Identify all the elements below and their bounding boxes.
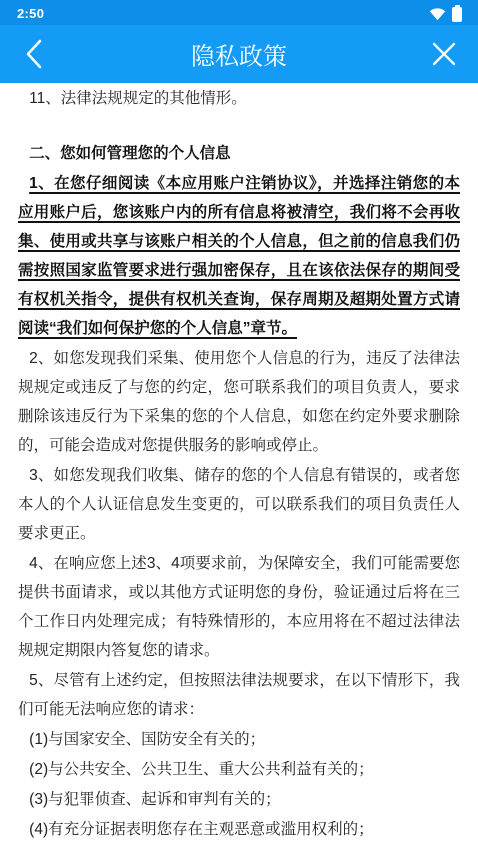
close-icon	[431, 41, 457, 67]
policy-list-item: (4)有充分证据表明您存在主观恶意或滥用权利的；	[18, 815, 460, 844]
battery-icon	[452, 7, 462, 22]
policy-paragraph-strong: 1、在您仔细阅读《本应用账户注销协议》，并选择注销您的本应用账户后，您该账户内的…	[18, 169, 460, 343]
policy-paragraph: 4、在响应您上述3、4项要求前，为保障安全，我们可能需要您提供书面请求，或以其他…	[18, 549, 460, 665]
policy-list-item: (3)与犯罪侦查、起诉和审判有关的；	[18, 785, 460, 814]
policy-paragraph: 2、如您发现我们采集、使用您个人信息的行为，违反了法律法规规定或违反了与您的约定…	[18, 344, 460, 460]
status-icons	[429, 4, 462, 22]
page-title: 隐私政策	[191, 37, 287, 72]
wifi-icon	[429, 7, 446, 21]
status-bar: 2:50	[0, 0, 478, 25]
policy-scroll-area[interactable]: 11、法律法规规定的其他情形。 二、您如何管理您的个人信息 1、在您仔细阅读《本…	[0, 83, 478, 851]
back-chevron-icon	[24, 38, 44, 70]
back-button[interactable]	[16, 34, 52, 74]
policy-paragraph: 3、如您发现我们收集、储存的您的个人信息有错误的，或者您本人的个人认证信息发生变…	[18, 461, 460, 548]
privacy-policy-screen: 2:50 隐私政策	[0, 0, 478, 851]
policy-paragraph: 5、尽管有上述约定，但按照法律法规要求，在以下情形下，我们可能无法响应您的请求：	[18, 666, 460, 724]
policy-list-item: (2)与公共安全、公共卫生、重大公共利益有关的；	[18, 755, 460, 784]
close-button[interactable]	[426, 34, 462, 74]
title-bar: 隐私政策	[0, 25, 478, 83]
clock-time: 2:50	[17, 4, 44, 21]
policy-list-item: (1)与国家安全、国防安全有关的；	[18, 725, 460, 754]
policy-paragraph: 11、法律法规规定的其他情形。	[18, 84, 460, 113]
section-heading: 二、您如何管理您的个人信息	[18, 139, 460, 168]
